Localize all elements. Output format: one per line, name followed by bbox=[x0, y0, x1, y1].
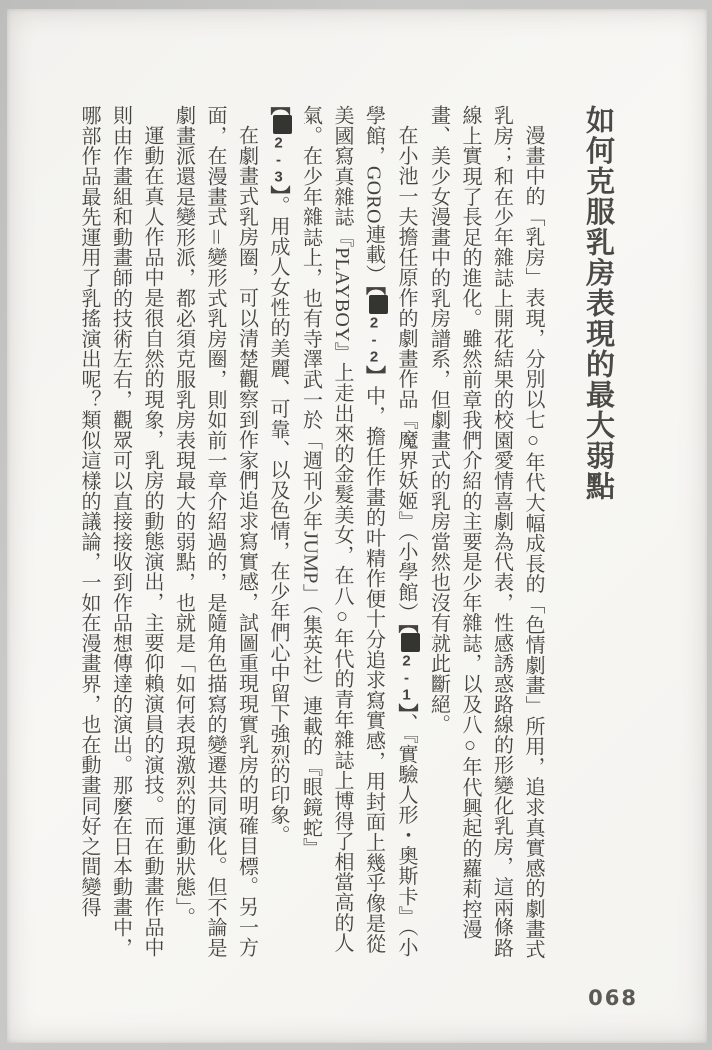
body-text-run: 漫畫中的「乳房」表現，分別以七○年代大幅成長的「色情劇畫」所用，追求真實感的劇畫… bbox=[428, 105, 545, 960]
figure-close-bracket: 】 bbox=[267, 185, 289, 195]
figure-close-bracket: 】 bbox=[363, 365, 385, 385]
paragraph: 運動在真人作品中是很自然的現象，乳房的動態演出，主要仰賴演員的演技。而在動畫作品… bbox=[73, 105, 168, 961]
figure-box-icon: 圖 bbox=[401, 633, 420, 652]
figure-number: 2-3 bbox=[270, 134, 287, 185]
figure-close-bracket: 】 bbox=[395, 703, 417, 713]
figure-reference: 【圖2-2】 bbox=[363, 285, 385, 386]
page-title: 如何克服乳房表現的最大弱點 bbox=[581, 105, 615, 961]
scanned-book-page: 如何克服乳房表現的最大弱點 漫畫中的「乳房」表現，分別以七○年代大幅成長的「色情… bbox=[0, 0, 712, 1050]
body-text: 漫畫中的「乳房」表現，分別以七○年代大幅成長的「色情劇畫」所用，追求真實感的劇畫… bbox=[73, 105, 549, 961]
figure-box-icon: 圖 bbox=[369, 295, 388, 314]
paragraph: 在小池一夫擔任原作的劇畫作品『魔界妖姬』（小學館）【圖2-1】、『實驗人形・奧斯… bbox=[262, 105, 423, 961]
paragraph: 漫畫中的「乳房」表現，分別以七○年代大幅成長的「色情劇畫」所用，追求真實感的劇畫… bbox=[422, 105, 548, 961]
paragraph: 在劇畫式乳房圈，可以清楚觀察到作家們追求寫實感，試圖重現現實乳房的明確目標。另一… bbox=[167, 105, 262, 961]
body-text-run: 運動在真人作品中是很自然的現象，乳房的動態演出，主要仰賴演員的演技。而在動畫作品… bbox=[78, 105, 163, 958]
page-number: 068 bbox=[588, 986, 638, 1010]
figure-open-bracket: 【 bbox=[363, 285, 385, 295]
figure-open-bracket: 【 bbox=[267, 105, 289, 115]
article: 如何克服乳房表現的最大弱點 漫畫中的「乳房」表現，分別以七○年代大幅成長的「色情… bbox=[73, 105, 616, 961]
figure-reference: 【圖2-1】 bbox=[395, 623, 417, 714]
body-text-run: 在劇畫式乳房圈，可以清楚觀察到作家們追求寫實感，試圖重現現實乳房的明確目標。另一… bbox=[173, 105, 258, 958]
figure-number: 2-2 bbox=[366, 314, 383, 365]
figure-reference: 【圖2-3】 bbox=[267, 105, 289, 196]
paper: 如何克服乳房表現的最大弱點 漫畫中的「乳房」表現，分別以七○年代大幅成長的「色情… bbox=[7, 9, 707, 1043]
figure-box-icon: 圖 bbox=[273, 115, 292, 134]
body-text-run: 在小池一夫擔任原作的劇畫作品『魔界妖姬』（小學館） bbox=[395, 125, 417, 623]
figure-number: 2-1 bbox=[398, 652, 415, 703]
figure-open-bracket: 【 bbox=[395, 623, 417, 633]
body-text-run: 。用成人女性的美麗、可靠、以及色情，在少年們心中留下強烈的印象。 bbox=[267, 196, 289, 846]
